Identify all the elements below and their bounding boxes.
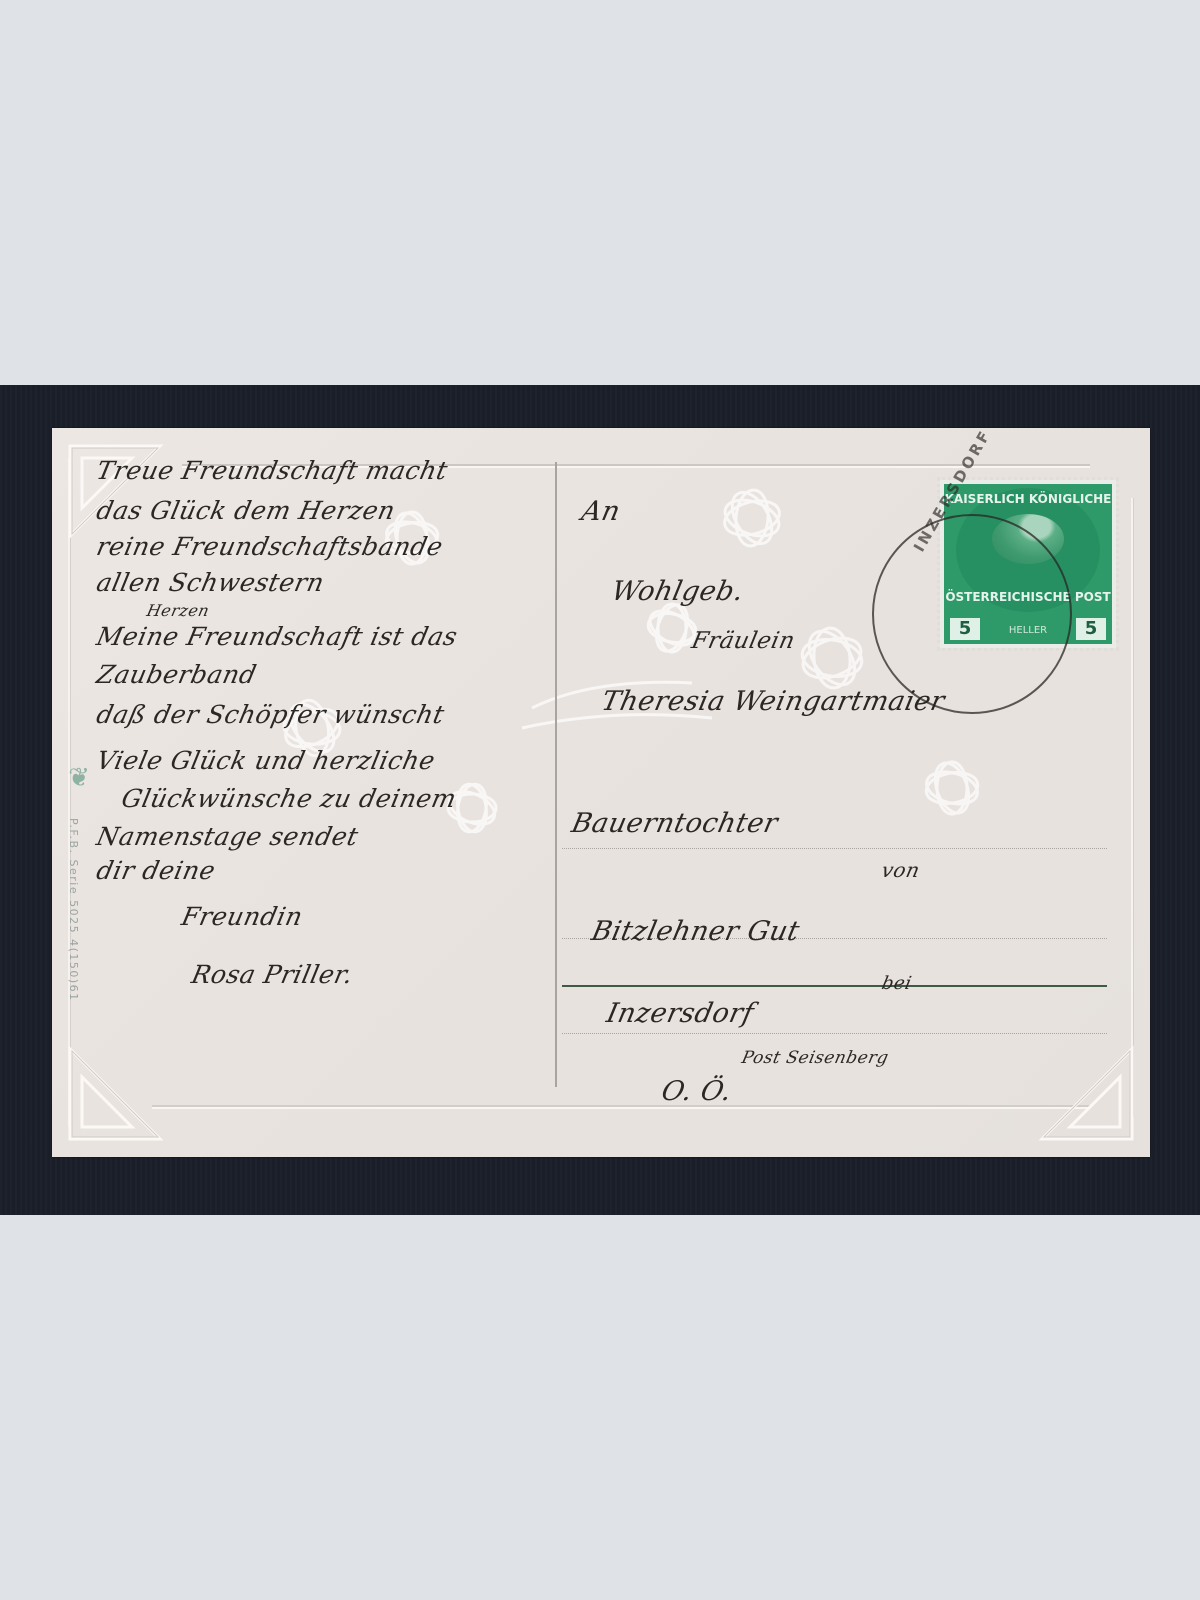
corner-ornament-icon [60,1039,170,1149]
address-bei-label: bei [880,973,914,994]
signature-closing: Freundin [179,902,306,931]
address-line [562,1033,1107,1034]
address-salutation: An [579,496,623,527]
embossed-frame-right [1131,498,1134,1117]
message-line: Viele Glück und herzliche [94,746,438,775]
message-line: Namenstage sendet [94,822,361,851]
message-line: dir deine [94,856,218,885]
address-region: O. Ö. [659,1076,735,1107]
message-line: reine Freundschaftsbande [94,532,446,561]
message-line: Treue Freundschaft macht [94,456,451,485]
address-name: Theresia Weingartmaier [599,686,948,717]
address-line [562,848,1107,849]
publisher-logo-icon: ❦ [66,758,92,798]
stamp-top-text: KAISERLICH KÖNIGLICHE [944,492,1112,506]
publisher-print-text: P.F.B. Serie 5025 4(150)61 [67,818,80,1002]
message-line: Meine Freundschaft ist das [94,622,460,651]
address-von-label: von [879,858,922,882]
address-line-5: Bitzlehner Gut [589,916,803,947]
interlinear-note: Herzen [145,601,211,620]
address-honorific: Wohlgeb. [609,576,747,607]
corner-ornament-icon [60,436,170,546]
message-line: das Glück dem Herzen [94,496,398,525]
signature-name: Rosa Priller. [189,960,356,989]
address-line-6: Inzersdorf [604,998,757,1029]
address-underline [562,985,1107,987]
message-line: daß der Schöpfer wünscht [94,700,447,729]
address-title: Fräulein [689,628,797,654]
message-line: allen Schwestern [94,568,327,597]
stamp-value-right: 5 [1076,618,1106,640]
embossed-frame-bottom [152,1105,1090,1109]
postcard: ❦ P.F.B. Serie 5025 4(150)61 Treue Freun… [52,428,1150,1157]
postcard-divider-line [555,462,557,1087]
message-line: Zauberband [94,660,259,689]
postmark-cancellation: INZERSDORF [872,514,1072,714]
address-line-4: Bauerntochter [569,808,781,839]
message-line: Glückwünsche zu deinem [119,784,459,813]
address-post-note: Post Seisenberg [740,1048,891,1068]
corner-ornament-icon [1032,1039,1142,1149]
